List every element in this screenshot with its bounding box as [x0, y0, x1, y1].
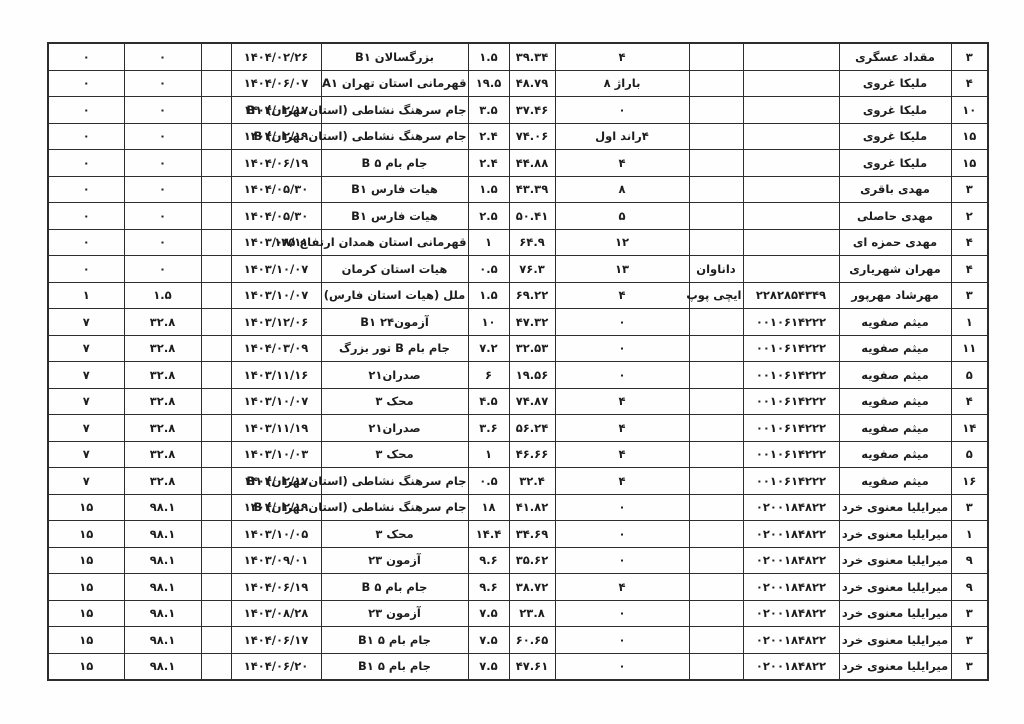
- table-row: ۳میرایلیا معنوی خرد۰۲۰۰۱۸۴۸۲۲۰۲۳.۸۷.۵آزم…: [48, 600, 988, 627]
- cell-row-number: ۱۱: [951, 335, 988, 362]
- cell-id-code: ۲۲۸۲۸۵۴۳۴۹: [743, 282, 839, 309]
- cell-empty: [201, 494, 231, 521]
- cell-event-name: جام سرهنگ نشاطی (استان تهران) B۱: [321, 97, 468, 124]
- cell-empty: [201, 150, 231, 177]
- cell-date: ۱۴۰۳/۱۱/۱۶: [231, 362, 321, 389]
- cell-total-score: ۰: [124, 97, 201, 124]
- cell-total-score: ۰: [124, 150, 201, 177]
- cell-rank-or-note: ۴: [555, 282, 689, 309]
- cell-total-score: ۹۸.۱: [124, 574, 201, 601]
- table-row: ۱میرایلیا معنوی خرد۰۲۰۰۱۸۴۸۲۲۰۳۴.۶۹۱۴.۴م…: [48, 521, 988, 548]
- cell-rank-or-note: ۰: [555, 362, 689, 389]
- cell-value: ۱۴.۴: [468, 521, 509, 548]
- cell-total-score: ۹۸.۱: [124, 494, 201, 521]
- cell-value: ۱.۵: [468, 282, 509, 309]
- cell-note: [689, 97, 743, 124]
- cell-rank-or-note: ۵: [555, 203, 689, 230]
- table-row: ۵میثم صفویه۰۰۱۰۶۱۴۲۲۲۰۱۹.۵۶۶صدران۲۱۱۴۰۳/…: [48, 362, 988, 389]
- cell-rank-or-note: ۰: [555, 600, 689, 627]
- cell-total-score: ۹۸.۱: [124, 600, 201, 627]
- cell-athlete-name: میرایلیا معنوی خرد: [839, 547, 951, 574]
- cell-event-name: جام بام ۵ B۱: [321, 653, 468, 680]
- cell-date: ۱۴۰۴/۰۵/۳۰: [231, 176, 321, 203]
- cell-row-number: ۱۵: [951, 150, 988, 177]
- cell-id-code: [743, 150, 839, 177]
- cell-id-code: ۰۲۰۰۱۸۴۸۲۲: [743, 653, 839, 680]
- cell-id-code: ۰۰۱۰۶۱۴۲۲۲: [743, 362, 839, 389]
- cell-value: ۹.۶: [468, 547, 509, 574]
- cell-row-number: ۱۴: [951, 415, 988, 442]
- cell-athlete-name: مقداد عسگری: [839, 43, 951, 70]
- cell-total-count: ۰: [48, 123, 124, 150]
- cell-score: ۶۹.۲۲: [509, 282, 555, 309]
- cell-athlete-name: مهدی حمزه ای: [839, 229, 951, 256]
- cell-date: ۱۴۰۴/۰۲/۱۹: [231, 494, 321, 521]
- cell-row-number: ۲: [951, 203, 988, 230]
- cell-score: ۶۰.۶۵: [509, 627, 555, 654]
- cell-row-number: ۳: [951, 653, 988, 680]
- cell-note: [689, 150, 743, 177]
- cell-id-code: ۰۲۰۰۱۸۴۸۲۲: [743, 574, 839, 601]
- scanned-results-page: ۳مقداد عسگری۴۳۹.۳۴۱.۵بزرگسالان B۱۱۴۰۴/۰۲…: [0, 0, 1024, 724]
- cell-row-number: ۴: [951, 229, 988, 256]
- cell-event-name: جام سرهنگ نشاطی (استان تهران) B: [321, 494, 468, 521]
- cell-id-code: ۰۰۱۰۶۱۴۲۲۲: [743, 309, 839, 336]
- cell-id-code: ۰۰۱۰۶۱۴۲۲۲: [743, 441, 839, 468]
- table-row: ۵میثم صفویه۰۰۱۰۶۱۴۲۲۲۴۴۶.۶۶۱محک ۳۱۴۰۳/۱۰…: [48, 441, 988, 468]
- cell-total-count: ۱۵: [48, 494, 124, 521]
- cell-total-count: ۰: [48, 256, 124, 283]
- cell-value: ۱۸: [468, 494, 509, 521]
- cell-athlete-name: میثم صفویه: [839, 468, 951, 495]
- cell-score: ۴۸.۷۹: [509, 70, 555, 97]
- cell-rank-or-note: ۰: [555, 97, 689, 124]
- cell-score: ۳۲.۵۳: [509, 335, 555, 362]
- cell-rank-or-note: ۸: [555, 176, 689, 203]
- cell-rank-or-note: ۴: [555, 43, 689, 70]
- cell-row-number: ۳: [951, 282, 988, 309]
- cell-note: [689, 43, 743, 70]
- table-row: ۱۵ملیکا غروی۴۴۴.۸۸۲.۴جام بام ۵ B۱۴۰۴/۰۶/…: [48, 150, 988, 177]
- cell-event-name: محک ۳: [321, 388, 468, 415]
- table-row: ۱۰ملیکا غروی۰۳۷.۴۶۳.۵جام سرهنگ نشاطی (اس…: [48, 97, 988, 124]
- cell-empty: [201, 653, 231, 680]
- cell-score: ۱۹.۵۶: [509, 362, 555, 389]
- cell-note: [689, 441, 743, 468]
- cell-score: ۴۱.۸۲: [509, 494, 555, 521]
- cell-id-code: [743, 43, 839, 70]
- cell-row-number: ۴: [951, 388, 988, 415]
- cell-id-code: [743, 97, 839, 124]
- cell-value: ۷.۵: [468, 653, 509, 680]
- cell-value: ۲.۵: [468, 203, 509, 230]
- cell-note: [689, 574, 743, 601]
- cell-total-count: ۰: [48, 70, 124, 97]
- cell-value: ۲.۴: [468, 150, 509, 177]
- cell-score: ۳۹.۳۴: [509, 43, 555, 70]
- cell-event-name: جام بام ۵ B: [321, 574, 468, 601]
- cell-event-name: محک ۳: [321, 441, 468, 468]
- cell-total-count: ۷: [48, 468, 124, 495]
- table-row: ۴مهدی حمزه ای۱۲۶۴.۹۱قهرمانی استان همدان …: [48, 229, 988, 256]
- cell-rank-or-note: ۰: [555, 547, 689, 574]
- cell-date: ۱۴۰۴/۰۲/۱۹: [231, 123, 321, 150]
- cell-row-number: ۳: [951, 43, 988, 70]
- cell-empty: [201, 521, 231, 548]
- cell-row-number: ۹: [951, 547, 988, 574]
- cell-row-number: ۱: [951, 309, 988, 336]
- cell-total-score: ۳۲.۸: [124, 441, 201, 468]
- table-row: ۳مقداد عسگری۴۳۹.۳۴۱.۵بزرگسالان B۱۱۴۰۴/۰۲…: [48, 43, 988, 70]
- cell-row-number: ۳: [951, 494, 988, 521]
- cell-event-name: جام سرهنگ نشاطی (استان تهران) B۱: [321, 468, 468, 495]
- cell-rank-or-note: ۴: [555, 468, 689, 495]
- cell-date: ۱۴۰۳/۰۹/۰۱: [231, 547, 321, 574]
- cell-id-code: ۰۰۱۰۶۱۴۲۲۲: [743, 335, 839, 362]
- table-row: ۳میرایلیا معنوی خرد۰۲۰۰۱۸۴۸۲۲۰۶۰.۶۵۷.۵جا…: [48, 627, 988, 654]
- cell-value: ۳.۵: [468, 97, 509, 124]
- cell-empty: [201, 388, 231, 415]
- cell-row-number: ۵: [951, 362, 988, 389]
- cell-score: ۲۳.۸: [509, 600, 555, 627]
- cell-id-code: ۰۲۰۰۱۸۴۸۲۲: [743, 547, 839, 574]
- cell-rank-or-note: ۰: [555, 653, 689, 680]
- cell-score: ۴۴.۸۸: [509, 150, 555, 177]
- cell-athlete-name: میثم صفویه: [839, 441, 951, 468]
- cell-athlete-name: ملیکا غروی: [839, 123, 951, 150]
- cell-note: [689, 123, 743, 150]
- cell-rank-or-note: ۰: [555, 627, 689, 654]
- cell-total-count: ۷: [48, 362, 124, 389]
- cell-total-score: ۳۲.۸: [124, 468, 201, 495]
- cell-date: ۱۴۰۴/۰۲/۱۷: [231, 97, 321, 124]
- cell-empty: [201, 282, 231, 309]
- cell-note: [689, 468, 743, 495]
- cell-empty: [201, 335, 231, 362]
- cell-event-name: ملل (هیات استان فارس): [321, 282, 468, 309]
- cell-total-count: ۱۵: [48, 574, 124, 601]
- cell-value: ۱: [468, 441, 509, 468]
- cell-row-number: ۴: [951, 70, 988, 97]
- table-row: ۳مهدی باقری۸۴۳.۳۹۱.۵هیات فارس B۱۱۴۰۴/۰۵/…: [48, 176, 988, 203]
- cell-note: [689, 362, 743, 389]
- table-row: ۱۴میثم صفویه۰۰۱۰۶۱۴۲۲۲۴۵۶.۲۴۳.۶صدران۲۱۱۴…: [48, 415, 988, 442]
- cell-id-code: ۰۲۰۰۱۸۴۸۲۲: [743, 627, 839, 654]
- cell-score: ۳۵.۶۲: [509, 547, 555, 574]
- cell-total-count: ۰: [48, 150, 124, 177]
- cell-athlete-name: میثم صفویه: [839, 335, 951, 362]
- cell-athlete-name: میرایلیا معنوی خرد: [839, 653, 951, 680]
- cell-total-count: ۱۵: [48, 521, 124, 548]
- cell-athlete-name: مهران شهریاری: [839, 256, 951, 283]
- cell-note: [689, 653, 743, 680]
- cell-total-score: ۰: [124, 43, 201, 70]
- cell-rank-or-note: ۴: [555, 150, 689, 177]
- cell-empty: [201, 574, 231, 601]
- cell-row-number: ۳: [951, 627, 988, 654]
- cell-date: ۱۴۰۳/۱۰/۰۵: [231, 521, 321, 548]
- cell-event-name: صدران۲۱: [321, 362, 468, 389]
- cell-empty: [201, 441, 231, 468]
- cell-score: ۳۴.۶۹: [509, 521, 555, 548]
- cell-value: ۰.۵: [468, 468, 509, 495]
- cell-value: ۱.۵: [468, 176, 509, 203]
- cell-id-code: [743, 256, 839, 283]
- cell-date: ۱۴۰۳/۱۰/۰۷: [231, 282, 321, 309]
- cell-note: [689, 229, 743, 256]
- cell-value: ۰.۵: [468, 256, 509, 283]
- cell-value: ۱۰: [468, 309, 509, 336]
- cell-event-name: جام بام ۵ B۱: [321, 627, 468, 654]
- cell-total-score: ۳۲.۸: [124, 335, 201, 362]
- results-table: ۳مقداد عسگری۴۳۹.۳۴۱.۵بزرگسالان B۱۱۴۰۴/۰۲…: [47, 42, 989, 681]
- cell-row-number: ۴: [951, 256, 988, 283]
- cell-score: ۴۶.۶۶: [509, 441, 555, 468]
- cell-date: ۱۴۰۳/۱۰/۰۷: [231, 388, 321, 415]
- cell-empty: [201, 203, 231, 230]
- cell-total-count: ۷: [48, 441, 124, 468]
- cell-total-count: ۷: [48, 388, 124, 415]
- cell-event-name: هیات فارس B۱: [321, 176, 468, 203]
- cell-athlete-name: میرایلیا معنوی خرد: [839, 574, 951, 601]
- table-row: ۳میرایلیا معنوی خرد۰۲۰۰۱۸۴۸۲۲۰۴۷.۶۱۷.۵جا…: [48, 653, 988, 680]
- cell-athlete-name: میرایلیا معنوی خرد: [839, 627, 951, 654]
- cell-date: ۱۴۰۳/۱۰/۰۳: [231, 441, 321, 468]
- cell-total-score: ۱.۵: [124, 282, 201, 309]
- cell-rank-or-note: ۱۳: [555, 256, 689, 283]
- cell-id-code: [743, 123, 839, 150]
- cell-event-name: هیات استان کرمان: [321, 256, 468, 283]
- cell-date: ۱۴۰۳/۱۲/۰۶: [231, 309, 321, 336]
- cell-note: [689, 70, 743, 97]
- cell-date: ۱۴۰۴/۰۳/۰۹: [231, 335, 321, 362]
- cell-empty: [201, 97, 231, 124]
- cell-date: ۱۴۰۴/۰۶/۱۹: [231, 150, 321, 177]
- cell-event-name: محک ۳: [321, 521, 468, 548]
- cell-total-score: ۰: [124, 176, 201, 203]
- cell-event-name: قهرمانی استان همدان ارتفاع ۱۳۵: [321, 229, 468, 256]
- cell-athlete-name: مهدی باقری: [839, 176, 951, 203]
- cell-rank-or-note: ۰: [555, 309, 689, 336]
- table-row: ۱۶میثم صفویه۰۰۱۰۶۱۴۲۲۲۴۳۲.۴۰.۵جام سرهنگ …: [48, 468, 988, 495]
- cell-value: ۳.۶: [468, 415, 509, 442]
- cell-rank-or-note: ۴: [555, 415, 689, 442]
- cell-score: ۷۶.۳: [509, 256, 555, 283]
- cell-total-count: ۰: [48, 43, 124, 70]
- cell-empty: [201, 256, 231, 283]
- cell-score: ۳۷.۴۶: [509, 97, 555, 124]
- cell-total-score: ۹۸.۱: [124, 547, 201, 574]
- cell-row-number: ۵: [951, 441, 988, 468]
- cell-value: ۱: [468, 229, 509, 256]
- cell-total-score: ۹۸.۱: [124, 653, 201, 680]
- cell-event-name: آزمون۲۴ B۱: [321, 309, 468, 336]
- cell-rank-or-note: ۰: [555, 494, 689, 521]
- cell-total-count: ۱۵: [48, 627, 124, 654]
- cell-athlete-name: ملیکا غروی: [839, 97, 951, 124]
- cell-event-name: جام سرهنگ نشاطی (استان تهران) B: [321, 123, 468, 150]
- cell-value: ۲.۴: [468, 123, 509, 150]
- cell-empty: [201, 362, 231, 389]
- cell-score: ۵۶.۲۴: [509, 415, 555, 442]
- cell-athlete-name: ملیکا غروی: [839, 70, 951, 97]
- cell-event-name: آزمون ۲۳: [321, 547, 468, 574]
- cell-date: ۱۴۰۴/۰۲/۱۷: [231, 468, 321, 495]
- cell-rank-or-note: ۴راند اول: [555, 123, 689, 150]
- cell-note: [689, 309, 743, 336]
- cell-id-code: ۰۲۰۰۱۸۴۸۲۲: [743, 521, 839, 548]
- cell-event-name: جام بام ۵ B: [321, 150, 468, 177]
- cell-date: ۱۴۰۴/۰۲/۲۶: [231, 43, 321, 70]
- cell-rank-or-note: ۴: [555, 441, 689, 468]
- cell-total-score: ۰: [124, 229, 201, 256]
- cell-empty: [201, 123, 231, 150]
- cell-note: [689, 176, 743, 203]
- cell-rank-or-note: ۴: [555, 574, 689, 601]
- cell-empty: [201, 415, 231, 442]
- cell-row-number: ۳: [951, 176, 988, 203]
- cell-event-name: هیات فارس B۱: [321, 203, 468, 230]
- table-row: ۱میثم صفویه۰۰۱۰۶۱۴۲۲۲۰۴۷.۳۲۱۰آزمون۲۴ B۱۱…: [48, 309, 988, 336]
- cell-value: ۱۹.۵: [468, 70, 509, 97]
- cell-rank-or-note: باراژ ۸: [555, 70, 689, 97]
- cell-event-name: بزرگسالان B۱: [321, 43, 468, 70]
- cell-score: ۴۳.۳۹: [509, 176, 555, 203]
- table-row: ۴ملیکا غرویباراژ ۸۴۸.۷۹۱۹.۵قهرمانی استان…: [48, 70, 988, 97]
- cell-row-number: ۱۶: [951, 468, 988, 495]
- cell-event-name: صدران۲۱: [321, 415, 468, 442]
- cell-athlete-name: میثم صفویه: [839, 362, 951, 389]
- cell-value: ۱.۵: [468, 43, 509, 70]
- table-row: ۹میرایلیا معنوی خرد۰۲۰۰۱۸۴۸۲۲۰۳۵.۶۲۹.۶آز…: [48, 547, 988, 574]
- results-table-body: ۳مقداد عسگری۴۳۹.۳۴۱.۵بزرگسالان B۱۱۴۰۴/۰۲…: [48, 43, 988, 680]
- cell-id-code: ۰۰۱۰۶۱۴۲۲۲: [743, 415, 839, 442]
- cell-athlete-name: ملیکا غروی: [839, 150, 951, 177]
- cell-rank-or-note: ۱۲: [555, 229, 689, 256]
- cell-date: ۱۴۰۴/۰۶/۱۹: [231, 574, 321, 601]
- cell-score: ۳۲.۴: [509, 468, 555, 495]
- cell-athlete-name: میثم صفویه: [839, 309, 951, 336]
- cell-total-score: ۳۲.۸: [124, 415, 201, 442]
- table-row: ۳مهرشاد مهرپور۲۲۸۲۸۵۴۳۴۹ایچی پوپ۴۶۹.۲۲۱.…: [48, 282, 988, 309]
- cell-id-code: ۰۲۰۰۱۸۴۸۲۲: [743, 600, 839, 627]
- cell-total-score: ۳۲.۸: [124, 362, 201, 389]
- cell-note: [689, 600, 743, 627]
- cell-date: ۱۴۰۳/۰۸/۱۱: [231, 229, 321, 256]
- cell-note: ایچی پوپ: [689, 282, 743, 309]
- cell-id-code: [743, 70, 839, 97]
- cell-row-number: ۳: [951, 600, 988, 627]
- table-row: ۲مهدی حاصلی۵۵۰.۴۱۲.۵هیات فارس B۱۱۴۰۴/۰۵/…: [48, 203, 988, 230]
- table-row: ۱۵ملیکا غروی۴راند اول۷۴.۰۶۲.۴جام سرهنگ ن…: [48, 123, 988, 150]
- cell-total-score: ۰: [124, 123, 201, 150]
- cell-total-score: ۹۸.۱: [124, 627, 201, 654]
- cell-date: ۱۴۰۳/۱۰/۰۷: [231, 256, 321, 283]
- cell-athlete-name: مهرشاد مهرپور: [839, 282, 951, 309]
- cell-date: ۱۴۰۴/۰۵/۳۰: [231, 203, 321, 230]
- cell-score: ۵۰.۴۱: [509, 203, 555, 230]
- cell-note: [689, 203, 743, 230]
- cell-athlete-name: میرایلیا معنوی خرد: [839, 600, 951, 627]
- cell-total-count: ۰: [48, 97, 124, 124]
- cell-empty: [201, 600, 231, 627]
- cell-rank-or-note: ۰: [555, 335, 689, 362]
- cell-total-count: ۷: [48, 415, 124, 442]
- cell-value: ۹.۶: [468, 574, 509, 601]
- cell-total-count: ۱: [48, 282, 124, 309]
- cell-empty: [201, 43, 231, 70]
- cell-value: ۷.۲: [468, 335, 509, 362]
- cell-athlete-name: میرایلیا معنوی خرد: [839, 494, 951, 521]
- cell-total-count: ۱۵: [48, 547, 124, 574]
- cell-event-name: آزمون ۲۳: [321, 600, 468, 627]
- cell-total-count: ۷: [48, 335, 124, 362]
- cell-date: ۱۴۰۴/۰۶/۱۷: [231, 627, 321, 654]
- cell-total-score: ۳۲.۸: [124, 309, 201, 336]
- cell-value: ۷.۵: [468, 627, 509, 654]
- cell-athlete-name: میثم صفویه: [839, 388, 951, 415]
- cell-athlete-name: میثم صفویه: [839, 415, 951, 442]
- cell-score: ۷۴.۸۷: [509, 388, 555, 415]
- cell-date: ۱۴۰۳/۱۱/۱۹: [231, 415, 321, 442]
- cell-id-code: ۰۰۱۰۶۱۴۲۲۲: [743, 388, 839, 415]
- cell-score: ۶۴.۹: [509, 229, 555, 256]
- cell-total-count: ۰: [48, 229, 124, 256]
- cell-value: ۶: [468, 362, 509, 389]
- cell-row-number: ۱۰: [951, 97, 988, 124]
- cell-note: [689, 521, 743, 548]
- cell-value: ۷.۵: [468, 600, 509, 627]
- cell-total-score: ۳۲.۸: [124, 388, 201, 415]
- table-row: ۴مهران شهریاریداناوان۱۳۷۶.۳۰.۵هیات استان…: [48, 256, 988, 283]
- cell-row-number: ۱: [951, 521, 988, 548]
- cell-athlete-name: مهدی حاصلی: [839, 203, 951, 230]
- cell-empty: [201, 468, 231, 495]
- cell-id-code: ۰۲۰۰۱۸۴۸۲۲: [743, 494, 839, 521]
- cell-date: ۱۴۰۴/۰۶/۰۷: [231, 70, 321, 97]
- cell-score: ۳۸.۷۲: [509, 574, 555, 601]
- cell-total-count: ۰: [48, 203, 124, 230]
- cell-athlete-name: میرایلیا معنوی خرد: [839, 521, 951, 548]
- cell-note: [689, 335, 743, 362]
- cell-event-name: جام بام B تور بزرگ: [321, 335, 468, 362]
- cell-date: ۱۴۰۴/۰۶/۲۰: [231, 653, 321, 680]
- cell-id-code: ۰۰۱۰۶۱۴۲۲۲: [743, 468, 839, 495]
- cell-total-count: ۱۵: [48, 600, 124, 627]
- cell-id-code: [743, 203, 839, 230]
- cell-total-score: ۰: [124, 70, 201, 97]
- cell-empty: [201, 627, 231, 654]
- cell-score: ۴۷.۶۱: [509, 653, 555, 680]
- cell-note: [689, 494, 743, 521]
- cell-total-score: ۰: [124, 203, 201, 230]
- cell-empty: [201, 547, 231, 574]
- cell-total-score: ۹۸.۱: [124, 521, 201, 548]
- cell-total-count: ۰: [48, 176, 124, 203]
- cell-score: ۷۴.۰۶: [509, 123, 555, 150]
- cell-note: [689, 627, 743, 654]
- cell-empty: [201, 309, 231, 336]
- cell-id-code: [743, 229, 839, 256]
- cell-note: [689, 415, 743, 442]
- table-row: ۴میثم صفویه۰۰۱۰۶۱۴۲۲۲۴۷۴.۸۷۴.۵محک ۳۱۴۰۳/…: [48, 388, 988, 415]
- cell-date: ۱۴۰۳/۰۸/۲۸: [231, 600, 321, 627]
- cell-empty: [201, 70, 231, 97]
- cell-note: داناوان: [689, 256, 743, 283]
- cell-empty: [201, 176, 231, 203]
- cell-id-code: [743, 176, 839, 203]
- table-row: ۱۱میثم صفویه۰۰۱۰۶۱۴۲۲۲۰۳۲.۵۳۷.۲جام بام B…: [48, 335, 988, 362]
